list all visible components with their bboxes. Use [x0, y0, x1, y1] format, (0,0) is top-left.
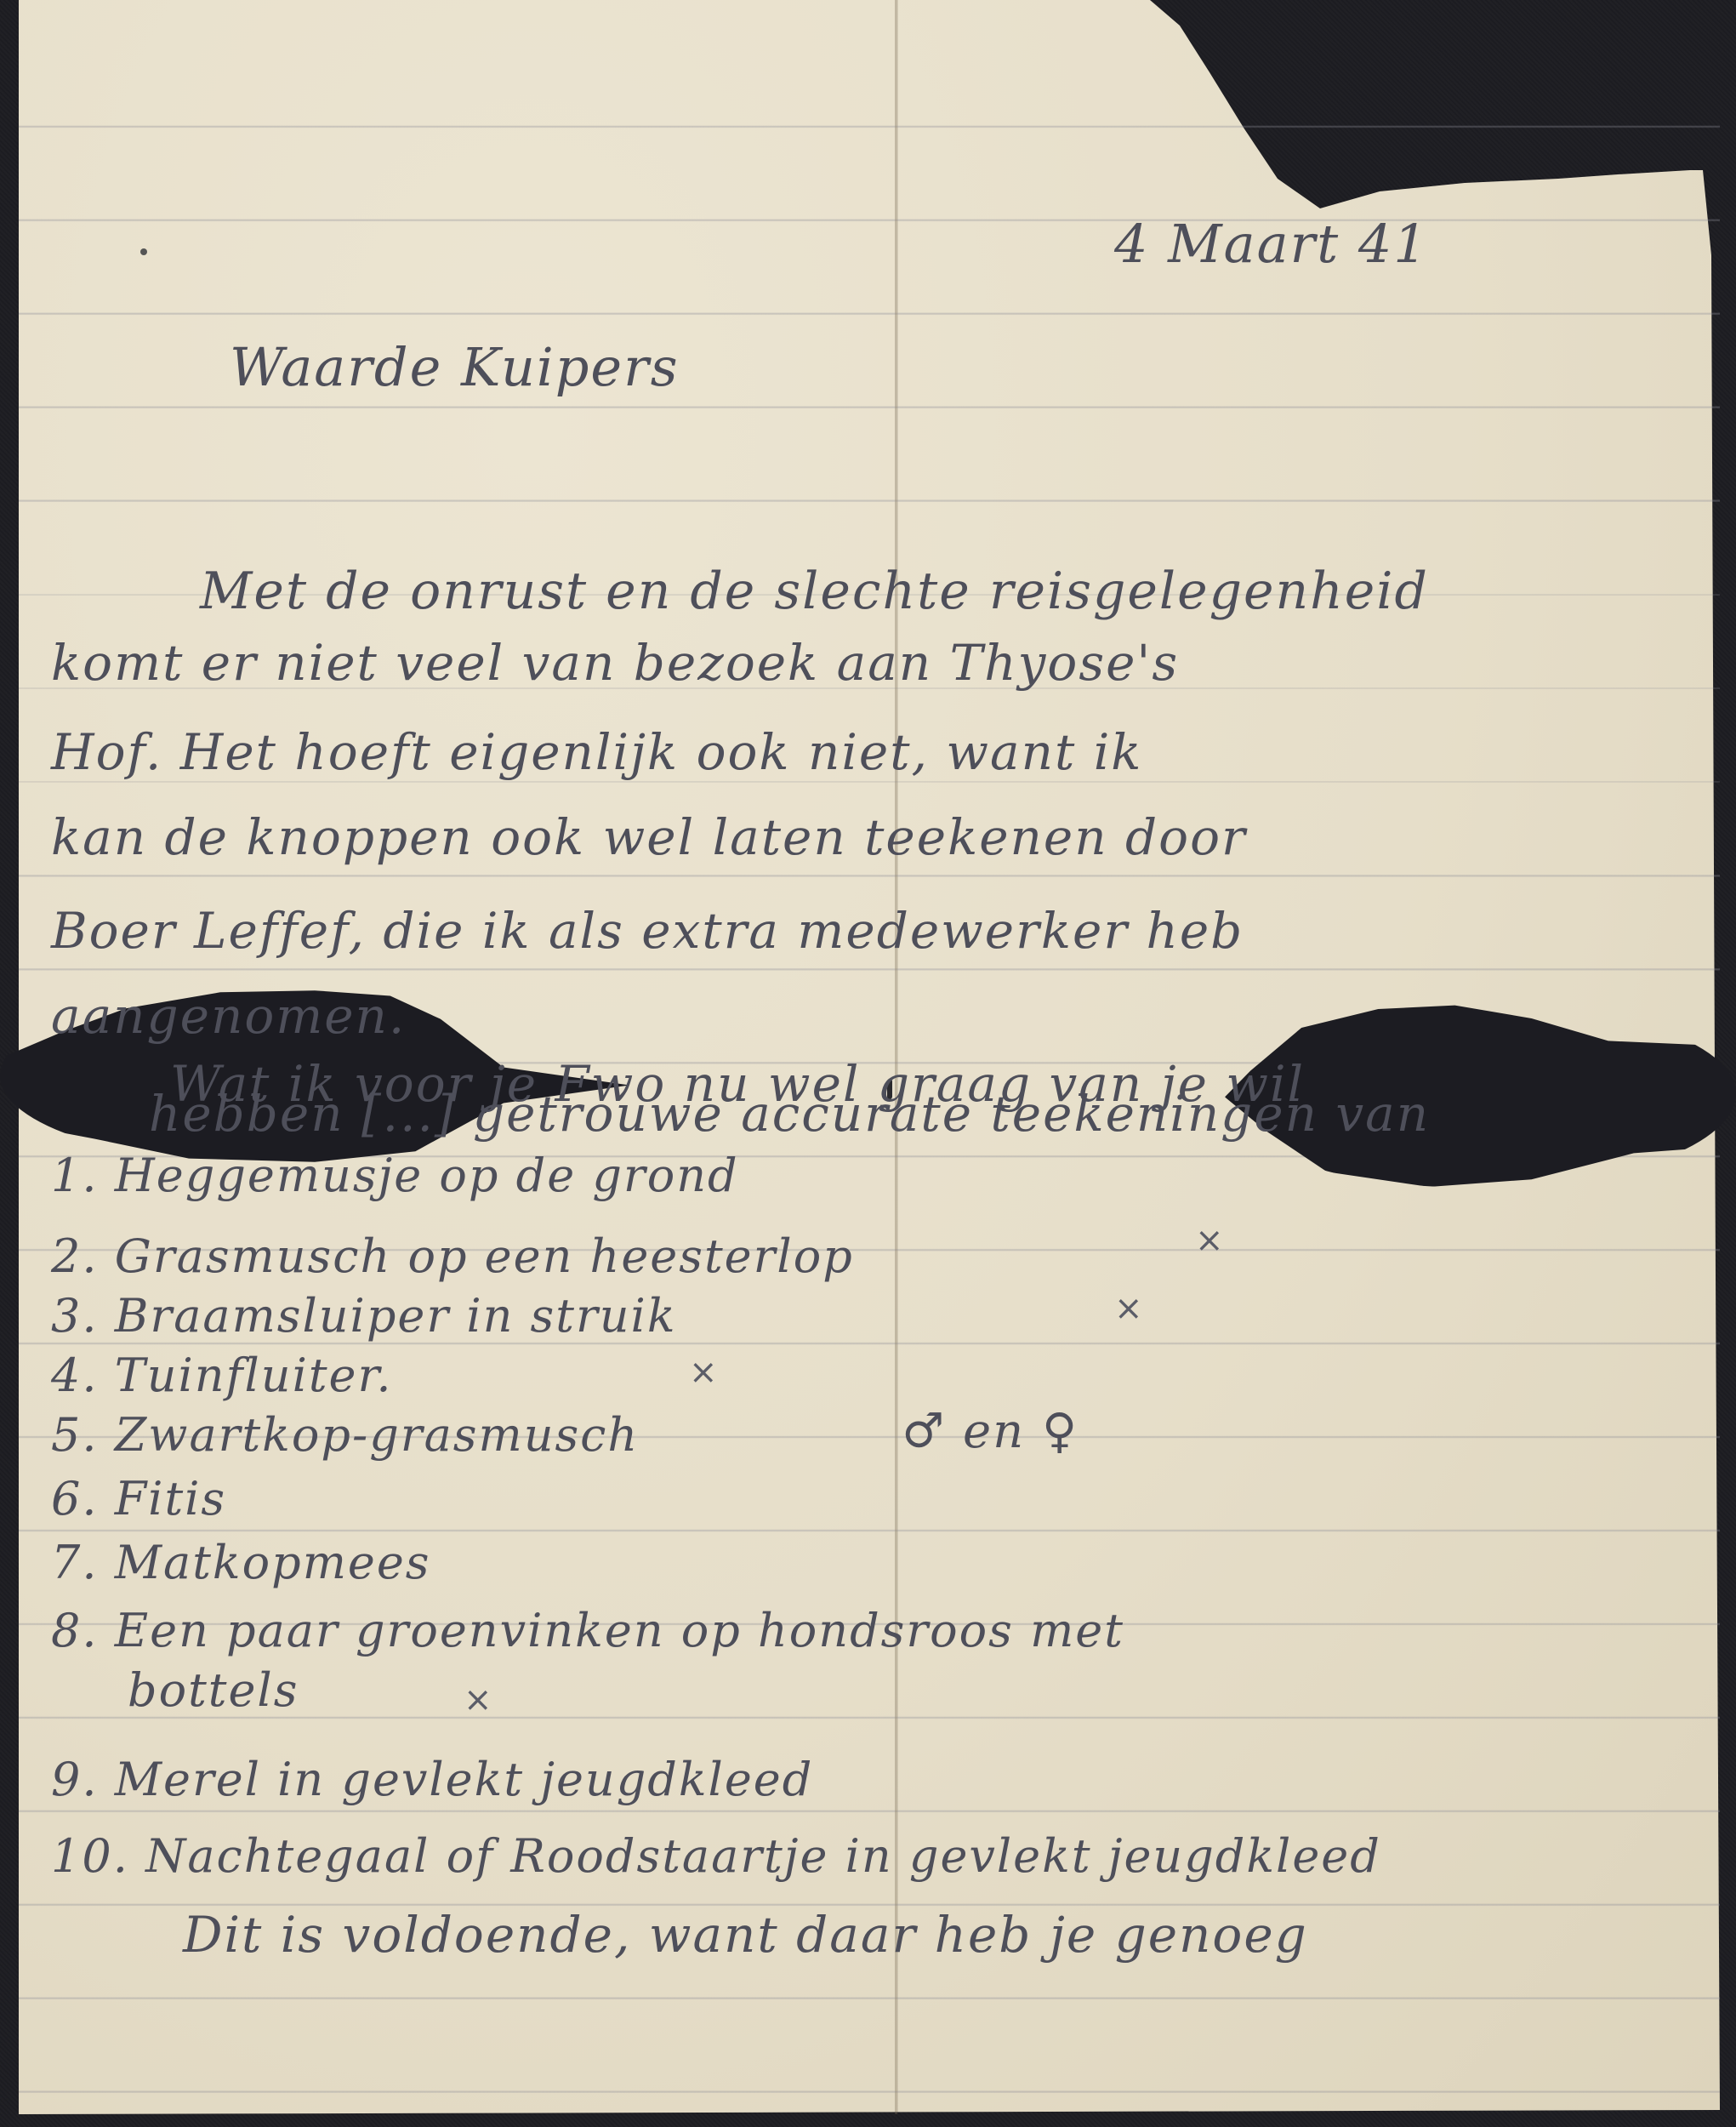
body-line-6: aangenomen.	[51, 987, 406, 1045]
list-item-1: 1. Heggemusje op de grond	[51, 1149, 739, 1202]
list-text: Zwartkop-grasmusch	[115, 1408, 640, 1462]
body-line-4: kan de knoppen ook wel laten teekenen do…	[51, 808, 1247, 866]
list-item-8-continuation: bottels	[128, 1663, 299, 1717]
list-text: Braamsluiper in struik	[115, 1289, 677, 1343]
closing-line: Dit is voldoende, want daar heb je genoe…	[183, 1906, 1308, 1964]
list-num: 6.	[51, 1472, 99, 1525]
ink-speck	[140, 248, 147, 255]
list-num: 1.	[51, 1149, 99, 1202]
list-item-9: 9. Merel in gevlekt jeugdkleed	[51, 1753, 813, 1806]
letter-date: 4 Maart 41	[1114, 213, 1429, 275]
body-line-8: hebben [...] getrouwe accurate teekening…	[149, 1085, 1430, 1143]
body-line-1: Met de onrust en de slechte reisgelegenh…	[200, 562, 1429, 621]
list-num: 5.	[51, 1408, 99, 1462]
sex-symbols: ♂ en ♀	[902, 1404, 1079, 1459]
cross-mark: ×	[689, 1353, 718, 1392]
list-item-4: 4. Tuinfluiter.	[51, 1349, 393, 1402]
list-text: Merel in gevlekt jeugdkleed	[115, 1753, 814, 1806]
list-num: 7.	[51, 1536, 99, 1589]
list-text: Grasmusch op een heesterlop	[115, 1229, 854, 1283]
list-item-6: 6. Fitis	[51, 1472, 226, 1525]
list-item-3: 3. Braamsluiper in struik	[51, 1289, 677, 1343]
list-text: Matkopmees	[115, 1536, 431, 1589]
list-num: 8.	[51, 1604, 99, 1657]
list-num: 10.	[51, 1829, 129, 1883]
cross-mark: ×	[464, 1680, 492, 1719]
list-num: 2.	[51, 1229, 99, 1283]
cross-mark: ×	[1195, 1221, 1224, 1260]
list-text: Heggemusje op de grond	[115, 1149, 739, 1202]
cross-mark: ×	[1114, 1289, 1143, 1328]
list-text: Een paar groenvinken op hondsroos met	[115, 1604, 1124, 1657]
list-item-10: 10. Nachtegaal of Roodstaartje in gevlek…	[51, 1829, 1381, 1883]
list-item-8: 8. Een paar groenvinken op hondsroos met	[51, 1604, 1124, 1657]
list-item-2: 2. Grasmusch op een heesterlop	[51, 1229, 854, 1283]
body-line-2: komt er niet veel van bezoek aan Thyose'…	[51, 634, 1179, 692]
list-item-7: 7. Matkopmees	[51, 1536, 431, 1589]
list-num: 9.	[51, 1753, 99, 1806]
body-line-5: Boer Leffef, die ik als extra medewerker…	[51, 902, 1244, 960]
list-text: Tuinfluiter.	[115, 1349, 393, 1402]
salutation: Waarde Kuipers	[230, 336, 680, 398]
list-text: Fitis	[115, 1472, 226, 1525]
body-line-3: Hof. Het hoeft eigenlijk ook niet, want …	[51, 723, 1142, 781]
list-num: 4.	[51, 1349, 99, 1402]
list-item-5: 5. Zwartkop-grasmusch	[51, 1408, 639, 1462]
list-num: 3.	[51, 1289, 99, 1343]
list-text: Nachtegaal of Roodstaartje in gevlekt je…	[145, 1829, 1381, 1883]
